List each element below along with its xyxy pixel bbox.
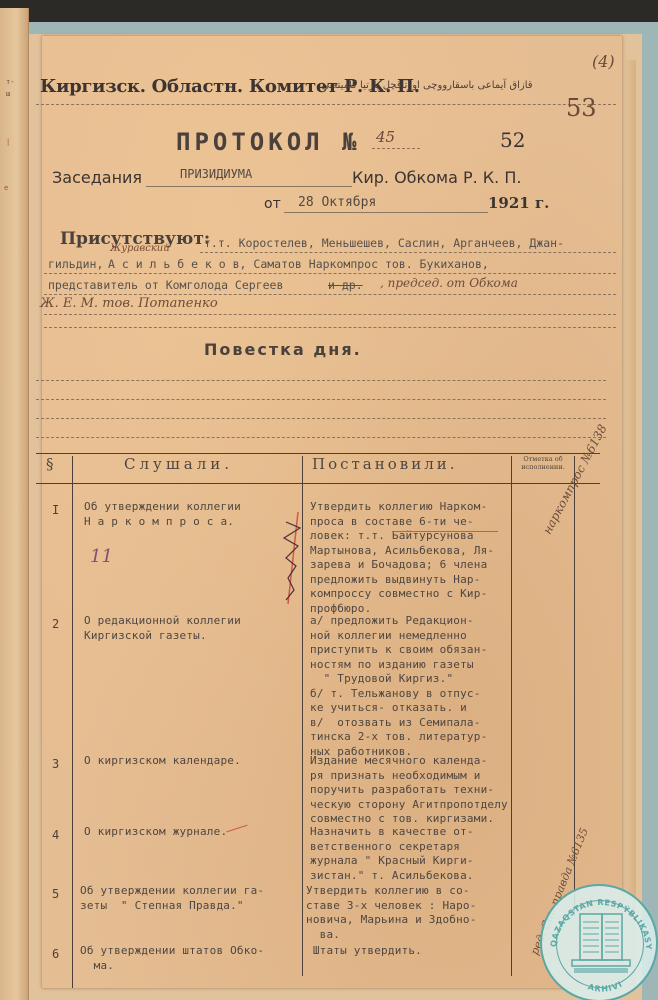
row-1-heard: Об утверждении коллегии Н а р к о м п р … xyxy=(84,500,241,529)
date-prefix: от xyxy=(264,196,281,212)
meeting-year: 1921 г. xyxy=(488,194,549,212)
attendees-rule-1 xyxy=(200,252,616,253)
stamped-page-number: 52 xyxy=(500,128,525,152)
row-2-resolved: а/ предложить Редакцион- ной коллегии не… xyxy=(310,614,487,759)
attendees-rule-5 xyxy=(44,327,616,328)
col-header-heard: Слушали. xyxy=(124,455,233,473)
row-4-heard: О киргизском журнале. xyxy=(84,825,227,840)
meeting-underline xyxy=(146,186,352,187)
stamp-text-top: QAZAQSTAN RESPÝBLIKASY PREZIDENTINIŃ xyxy=(542,886,653,950)
row-4-resolved: Назначить в качестве от- ветственного се… xyxy=(310,825,474,883)
col-header-resolved: Постановили. xyxy=(312,455,458,473)
row-6-number: 6 xyxy=(52,947,59,961)
col-header-execution: Отметка об исполнении. xyxy=(514,455,572,471)
row-2-heard: О редакционной коллегии Киргизской газет… xyxy=(84,614,241,643)
col-header-num: § xyxy=(46,455,58,473)
red-strike-line xyxy=(392,531,498,532)
attendees-rule-2 xyxy=(44,273,616,274)
row-5-number: 5 xyxy=(52,887,59,901)
letterhead-rule xyxy=(36,104,616,105)
stamp-text-bottom: ARHIVI xyxy=(587,979,625,993)
agenda-line-4 xyxy=(36,437,606,438)
row-3-number: 3 xyxy=(52,757,59,771)
meeting-body: ПРИЗИДИУМА xyxy=(180,167,252,181)
svg-text:ARHIVI: ARHIVI xyxy=(587,979,625,993)
row-6-heard: Об утверждении штатов Обко- ма. xyxy=(80,944,264,973)
meeting-date: 28 Октября xyxy=(298,195,376,210)
table-top-rule xyxy=(36,453,600,454)
protocol-title: ПРОТОКОЛ № xyxy=(176,128,361,156)
row-1-resolved: Утвердить коллегию Нарком- проса в соста… xyxy=(310,500,494,616)
agenda-line-2 xyxy=(36,399,606,400)
row-2-number: 2 xyxy=(52,617,59,631)
protocol-number: 45 xyxy=(376,128,395,146)
protocol-title-text: ПРОТОКОЛ № xyxy=(176,128,361,156)
attendees-rule-3 xyxy=(44,294,616,295)
agenda-line-3 xyxy=(36,418,606,419)
attendees-line-4-handwritten: Ж. Е. М. тов. Потапенко xyxy=(40,296,218,311)
attendees-line-3-struck: и др. xyxy=(328,278,363,292)
protocol-number-line xyxy=(372,148,420,149)
row-1-number: I xyxy=(52,503,59,517)
row-5-resolved: Утвердить коллегию в со- ставе 3-х челов… xyxy=(306,884,477,942)
attendees-line-2: А с и л ь б е к о в, Саматов Наркомпрос … xyxy=(108,257,489,271)
row-6-resolved: Штаты утвердить. xyxy=(306,944,422,959)
meeting-label: Заседания xyxy=(52,168,142,187)
attendees-rule-4 xyxy=(44,314,616,315)
attendees-line-2-prefix: гильдин, xyxy=(48,257,103,271)
table-divider-num xyxy=(72,456,73,988)
date-underline xyxy=(284,212,488,213)
handwritten-insertion: Журавский xyxy=(110,243,170,254)
svg-text:QAZAQSTAN RESPÝBLIKASY PREZIDE: QAZAQSTAN RESPÝBLIKASY PREZIDENTINIŃ xyxy=(542,886,653,950)
corner-folio-mark: (4) xyxy=(592,52,615,71)
agenda-title: Повестка дня. xyxy=(204,340,362,359)
row-3-resolved: Издание месячного календа- ря признать н… xyxy=(310,754,508,827)
archive-building-icon: QAZAQSTAN RESPÝBLIKASY PREZIDENTINIŃ ARH… xyxy=(542,886,658,1000)
archive-stamp: QAZAQSTAN RESPÝBLIKASY PREZIDENTINIŃ ARH… xyxy=(540,884,658,1000)
attendees-line-3-handwritten: , председ. от Обкома xyxy=(380,276,518,290)
attendees-line-1: т.т. Коростелев, Меньшешев, Саслин, Арга… xyxy=(204,236,564,250)
handwritten-page-number: 53 xyxy=(566,94,597,122)
meeting-organization: Кир. Обкома Р. К. П. xyxy=(352,168,521,187)
left-adjacent-page: т- ш | е xyxy=(0,8,29,1000)
table-divider-resolved xyxy=(511,456,512,976)
agenda-line-1 xyxy=(36,380,606,381)
row-3-heard: О киргизском календаре. xyxy=(84,754,241,769)
attendees-line-3: представитель от Комголода Сергеев xyxy=(48,278,283,292)
row-4-number: 4 xyxy=(52,828,59,842)
table-header-rule xyxy=(36,483,600,484)
row-5-heard: Об утверждении коллегии га- зеты " Степн… xyxy=(80,884,264,913)
red-pencil-squiggle xyxy=(278,510,308,606)
row-1-pencil-mark: 11 xyxy=(90,546,113,567)
letterhead-arabic-script: قازاق آیماعی باسقاروو‌چی اورتاقچل پارتیا… xyxy=(318,80,533,91)
